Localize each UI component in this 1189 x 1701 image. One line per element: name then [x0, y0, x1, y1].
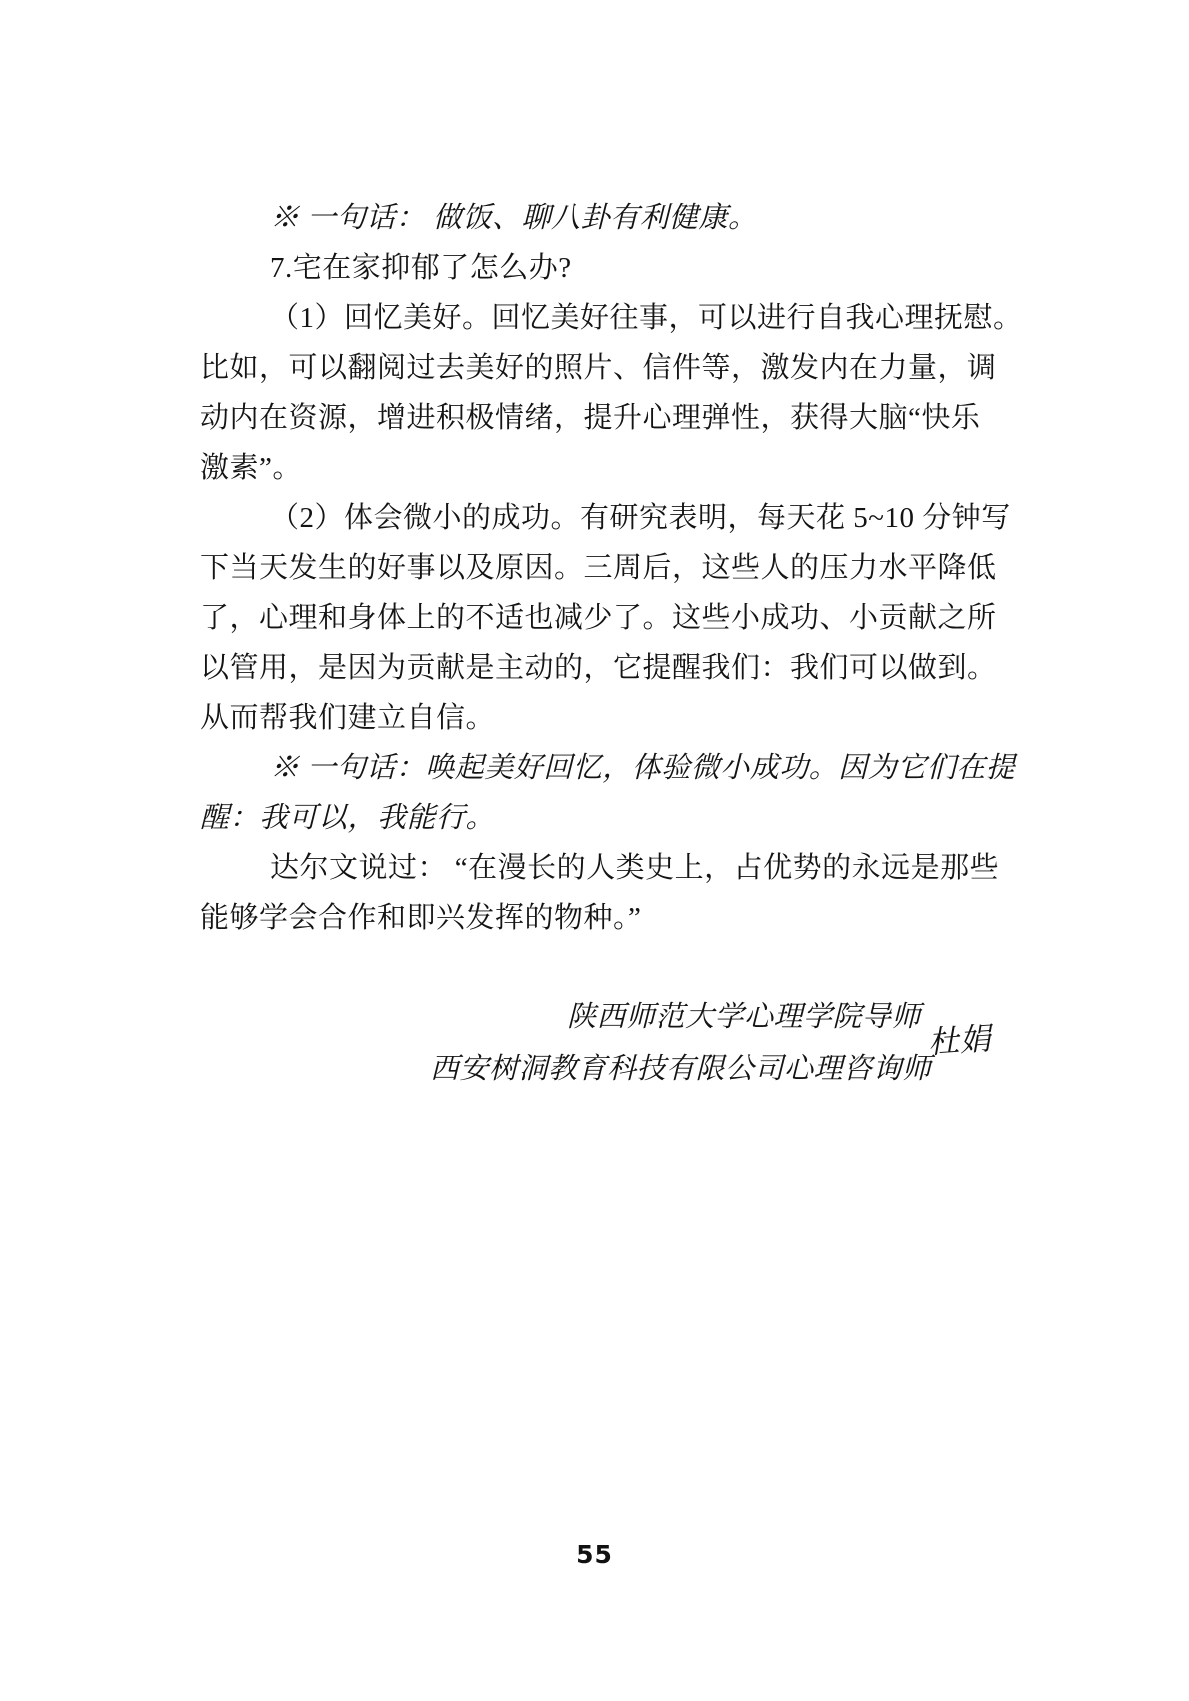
- para-success-line-1: （2）体会微小的成功。有研究表明，每天花 5~10 分钟写: [200, 493, 1000, 543]
- signature-name: 杜娟: [927, 1022, 992, 1060]
- para-success-line-3: 了，心理和身体上的不适也减少了。这些小成功、小贡献之所: [200, 593, 1000, 643]
- para-recall-line-1: （1）回忆美好。回忆美好往事，可以进行自我心理抚慰。: [200, 293, 1000, 343]
- para-success-line-5: 从而帮我们建立自信。: [200, 693, 1000, 743]
- scanned-document-page: ※ 一句话： 做饭、聊八卦有利健康。 7.宅在家抑郁了怎么办? （1）回忆美好。…: [0, 0, 1189, 1701]
- body-text-block: ※ 一句话： 做饭、聊八卦有利健康。 7.宅在家抑郁了怎么办? （1）回忆美好。…: [200, 193, 1000, 943]
- remark-line-cooking: ※ 一句话： 做饭、聊八卦有利健康。: [200, 193, 1000, 243]
- para-darwin-line-1: 达尔文说过： “在漫长的人类史上，占优势的永远是那些: [200, 843, 1000, 893]
- remark-line-reminder-1: ※ 一句话：唤起美好回忆，体验微小成功。因为它们在提: [200, 743, 1000, 793]
- heading-question-7: 7.宅在家抑郁了怎么办?: [200, 243, 1000, 293]
- para-success-line-2: 下当天发生的好事以及原因。三周后，这些人的压力水平降低: [200, 543, 1000, 593]
- signature-affiliation-2: 西安树洞教育科技有限公司心理咨询师: [430, 1052, 932, 1086]
- page-number: 55: [0, 1540, 1189, 1569]
- remark-line-reminder-2: 醒：我可以，我能行。: [200, 793, 1000, 843]
- para-recall-line-3: 动内在资源，增进积极情绪，提升心理弹性，获得大脑“快乐: [200, 393, 1000, 443]
- para-darwin-line-2: 能够学会合作和即兴发挥的物种。”: [200, 893, 1000, 943]
- para-recall-line-4: 激素”。: [200, 443, 1000, 493]
- signature-affiliation-1: 陕西师范大学心理学院导师: [567, 1000, 921, 1034]
- para-recall-line-2: 比如，可以翻阅过去美好的照片、信件等，激发内在力量，调: [200, 343, 1000, 393]
- para-success-line-4: 以管用，是因为贡献是主动的，它提醒我们：我们可以做到。: [200, 643, 1000, 693]
